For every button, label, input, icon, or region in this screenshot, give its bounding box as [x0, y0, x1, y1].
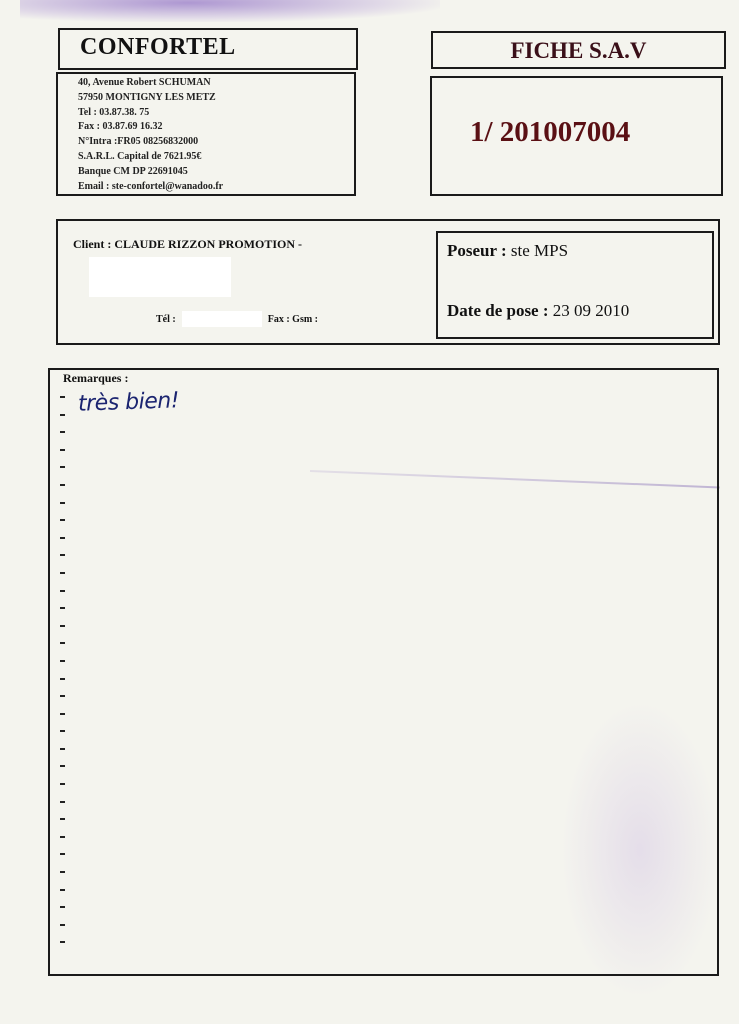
date-pose-line: Date de pose : 23 09 2010: [447, 301, 629, 321]
remark-dash: [60, 713, 65, 715]
company-bank: Banque CM DP 22691045: [78, 165, 223, 180]
redacted-address: [89, 257, 231, 297]
company-address: 40, Avenue Robert SCHUMAN: [78, 76, 223, 91]
company-name-box: CONFORTEL: [58, 28, 358, 70]
remark-dash: [60, 572, 65, 574]
remark-dash: [60, 414, 65, 416]
company-vat: N°Intra :FR05 08256832000: [78, 135, 223, 150]
date-pose-value: 23 09 2010: [553, 301, 630, 320]
remark-dash: [60, 941, 65, 943]
remark-dash: [60, 765, 65, 767]
company-tel: Tel : 03.87.38. 75: [78, 106, 223, 121]
poseur-line: Poseur : ste MPS: [447, 241, 568, 261]
remark-dash: [60, 801, 65, 803]
remark-dash: [60, 625, 65, 627]
remark-dash: [60, 590, 65, 592]
poseur-box: Poseur : ste MPS Date de pose : 23 09 20…: [436, 231, 714, 339]
remarks-box: Remarques : très bien!: [48, 368, 719, 976]
handwritten-remark: très bien!: [78, 388, 180, 417]
remark-dash: [60, 537, 65, 539]
company-info-lines: 40, Avenue Robert SCHUMAN 57950 MONTIGNY…: [78, 76, 223, 194]
remark-line-dashes: [60, 396, 65, 959]
remark-dash: [60, 519, 65, 521]
client-contact-row: Tél : Fax : Gsm :: [156, 311, 318, 327]
remark-dash: [60, 818, 65, 820]
gsm-label: Gsm :: [292, 314, 318, 325]
remark-dash: [60, 554, 65, 556]
remark-dash: [60, 466, 65, 468]
scan-stain: [20, 0, 440, 22]
company-email: Email : ste-confortel@wanadoo.fr: [78, 180, 223, 195]
remarks-label: Remarques :: [63, 371, 128, 386]
remark-dash: [60, 660, 65, 662]
client-value: CLAUDE RIZZON PROMOTION -: [114, 237, 302, 251]
company-fax: Fax : 03.87.69 16.32: [78, 120, 223, 135]
remark-dash: [60, 396, 65, 398]
remark-dash: [60, 783, 65, 785]
client-label: Client :: [73, 237, 111, 251]
remark-dash: [60, 502, 65, 504]
remark-dash: [60, 642, 65, 644]
tel-label: Tél :: [156, 314, 176, 325]
remark-dash: [60, 449, 65, 451]
date-pose-label: Date de pose :: [447, 301, 549, 320]
company-info-box: 40, Avenue Robert SCHUMAN 57950 MONTIGNY…: [56, 72, 356, 196]
company-name: CONFORTEL: [80, 34, 236, 61]
fiche-title-box: FICHE S.A.V: [431, 31, 726, 69]
poseur-label: Poseur :: [447, 241, 507, 260]
remark-dash: [60, 924, 65, 926]
fax-label: Fax :: [268, 314, 290, 325]
company-city: 57950 MONTIGNY LES METZ: [78, 91, 223, 106]
remark-dash: [60, 906, 65, 908]
fiche-number: 1/ 201007004: [470, 116, 630, 149]
remark-dash: [60, 678, 65, 680]
company-capital: S.A.R.L. Capital de 7621.95€: [78, 150, 223, 165]
fiche-number-box: 1/ 201007004: [430, 76, 723, 196]
remark-dash: [60, 871, 65, 873]
remark-dash: [60, 484, 65, 486]
remark-dash: [60, 695, 65, 697]
remark-dash: [60, 607, 65, 609]
remark-dash: [60, 889, 65, 891]
remark-dash: [60, 431, 65, 433]
remark-dash: [60, 730, 65, 732]
remark-dash: [60, 853, 65, 855]
remark-dash: [60, 748, 65, 750]
fiche-title: FICHE S.A.V: [433, 38, 724, 64]
poseur-value: ste MPS: [511, 241, 568, 260]
remark-dash: [60, 836, 65, 838]
redacted-phone: [182, 311, 262, 327]
client-line: Client : CLAUDE RIZZON PROMOTION -: [73, 237, 302, 252]
